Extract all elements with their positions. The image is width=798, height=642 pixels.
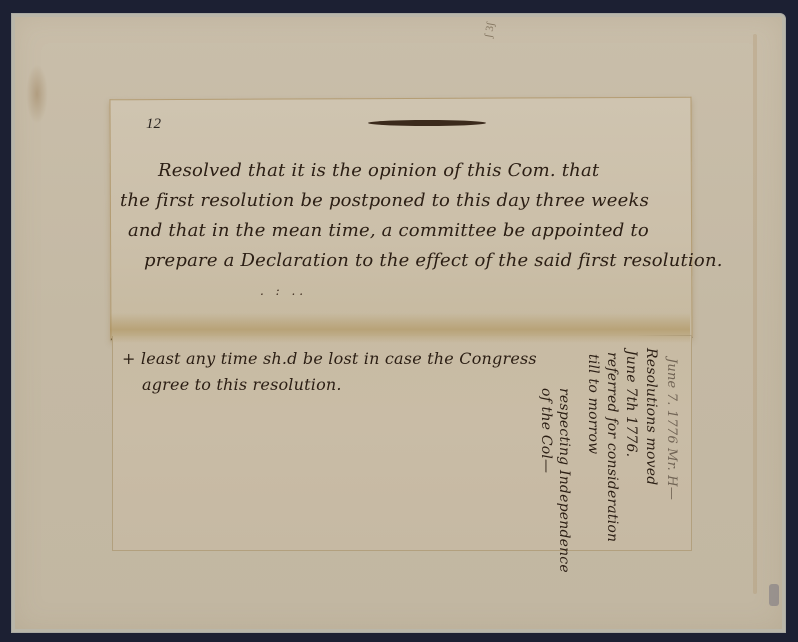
mount-corner-mark xyxy=(769,584,779,606)
resolution-line: prepare a Declaration to the effect of t… xyxy=(120,246,723,276)
mount-stain xyxy=(26,64,48,124)
endorsement-line: June 7th 1776. xyxy=(622,350,640,457)
endorsement-line: respecting Independence xyxy=(555,388,573,573)
mount-pencil-mark: ʃ 3ʃ xyxy=(483,21,498,38)
endorsement-line: till to morrow xyxy=(584,354,602,454)
resolution-line: and that in the mean time, a committee b… xyxy=(120,216,723,246)
ink-dots: . : .. xyxy=(260,284,307,298)
page-number: 12 xyxy=(146,116,161,133)
addendum-line: + least any time sh.d be lost in case th… xyxy=(122,346,537,372)
endorsement-line: June 7. 1776 Mr. H— xyxy=(662,358,680,500)
addendum-line: agree to this resolution. xyxy=(122,372,537,398)
resolution-line: the first resolution be postponed to thi… xyxy=(120,186,723,216)
endorsement-line: of the Col— xyxy=(537,388,555,473)
resolution-text: Resolved that it is the opinion of this … xyxy=(120,156,723,276)
resolution-line: Resolved that it is the opinion of this … xyxy=(120,156,723,186)
fold-stain xyxy=(110,313,690,343)
endorsement-line: Resolutions moved xyxy=(642,348,660,485)
endorsement-line: referred for consideration xyxy=(603,352,621,542)
ink-blot xyxy=(368,120,486,126)
mount-stain xyxy=(753,34,757,594)
addendum-text: + least any time sh.d be lost in case th… xyxy=(122,346,537,398)
manuscript-sheet: 12 Resolved that it is the opinion of th… xyxy=(110,98,694,551)
